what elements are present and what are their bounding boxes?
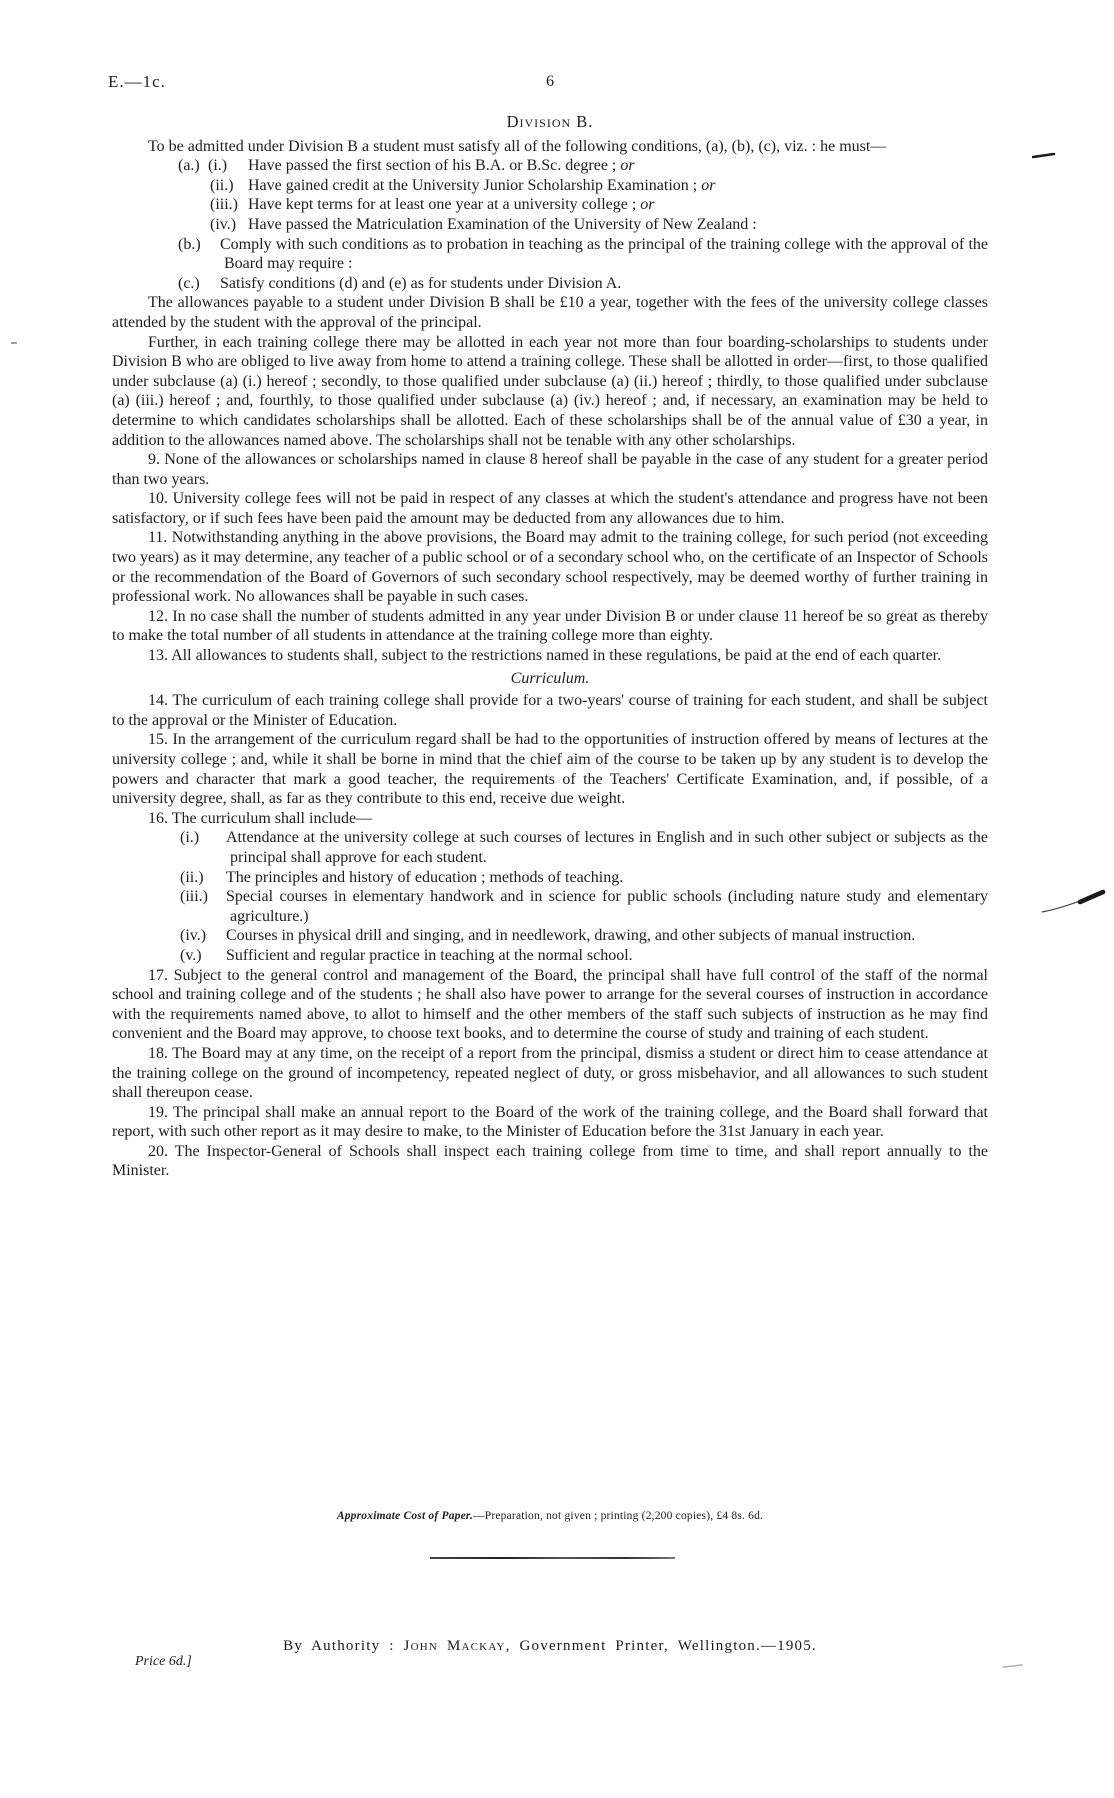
document-body: Division B.To be admitted under Division… bbox=[112, 112, 988, 1181]
item-marker: (b.) bbox=[178, 235, 220, 255]
paragraph: 10. University college fees will not be … bbox=[112, 489, 988, 528]
item-marker: (ii.) bbox=[180, 868, 226, 888]
item-marker: (ii.) bbox=[210, 176, 248, 196]
list-item: (iii.)Special courses in elementary hand… bbox=[112, 887, 988, 926]
section-heading: Division B. bbox=[112, 112, 988, 132]
paragraph: 19. The principal shall make an annual r… bbox=[112, 1103, 988, 1142]
imprint-suffix: , Government Printer, Wellington.—1905. bbox=[506, 1638, 817, 1654]
paragraph: To be admitted under Division B a studen… bbox=[112, 137, 988, 157]
page-number: 6 bbox=[112, 72, 988, 92]
item-marker: (i.) bbox=[180, 828, 226, 848]
scanned-document-page: E.—1c. 6 Division B.To be admitted under… bbox=[0, 0, 1114, 1798]
item-text: 18. The Board may at any time, on the re… bbox=[112, 1045, 988, 1101]
text-block: E.—1c. 6 Division B.To be admitted under… bbox=[112, 72, 988, 1181]
paragraph: 16. The curriculum shall include— bbox=[112, 809, 988, 829]
item-text: 19. The principal shall make an annual r… bbox=[112, 1104, 988, 1141]
list-item: (v.)Sufficient and regular practice in t… bbox=[112, 946, 988, 966]
item-tail: or bbox=[620, 157, 634, 174]
paragraph: 11. Notwithstanding anything in the abov… bbox=[112, 528, 988, 606]
item-text: The allowances payable to a student unde… bbox=[112, 294, 988, 331]
item-text: 16. The curriculum shall include— bbox=[148, 810, 372, 827]
item-text: 12. In no case shall the number of stude… bbox=[112, 608, 988, 645]
item-text: 13. All allowances to students shall, su… bbox=[148, 647, 941, 664]
item-marker: (c.) bbox=[178, 274, 220, 294]
item-text: Have passed the Matriculation Examinatio… bbox=[248, 216, 757, 233]
paragraph: 15. In the arrangement of the curriculum… bbox=[112, 730, 988, 808]
item-text: Have gained credit at the University Jun… bbox=[248, 177, 701, 194]
item-text: The principles and history of education … bbox=[226, 869, 623, 886]
item-tail: or bbox=[640, 196, 654, 213]
pen-dash-small-icon bbox=[1002, 1662, 1024, 1670]
ink-speck-icon bbox=[10, 341, 18, 345]
paragraph: 13. All allowances to students shall, su… bbox=[112, 646, 988, 666]
printer-name: John Mackay bbox=[404, 1638, 506, 1654]
item-text: To be admitted under Division B a studen… bbox=[148, 138, 886, 155]
item-text: Attendance at the university college at … bbox=[226, 829, 988, 866]
pen-swoosh-icon bbox=[1040, 888, 1108, 916]
item-marker: (v.) bbox=[180, 946, 226, 966]
item-text: 9. None of the allowances or scholarship… bbox=[112, 451, 988, 488]
list-item: (i.)Attendance at the university college… bbox=[112, 828, 988, 867]
paragraph: 20. The Inspector-General of Schools sha… bbox=[112, 1142, 988, 1181]
item-text: 17. Subject to the general control and m… bbox=[112, 967, 988, 1043]
item-marker: (iv.) bbox=[180, 926, 226, 946]
list-item: (ii.)The principles and history of educa… bbox=[112, 868, 988, 888]
pen-dash-icon bbox=[1032, 150, 1056, 160]
paragraph: 9. None of the allowances or scholarship… bbox=[112, 450, 988, 489]
paragraph: 17. Subject to the general control and m… bbox=[112, 966, 988, 1044]
list-item: (b.)Comply with such conditions as to pr… bbox=[112, 235, 988, 274]
item-text: Sufficient and regular practice in teach… bbox=[226, 947, 633, 964]
item-text: Further, in each training college there … bbox=[112, 334, 988, 449]
item-text: 14. The curriculum of each training coll… bbox=[112, 692, 988, 729]
list-item: (iv.)Have passed the Matriculation Exami… bbox=[112, 215, 988, 235]
imprint-line: By Authority : John Mackay, Government P… bbox=[112, 1638, 988, 1655]
item-text: 11. Notwithstanding anything in the abov… bbox=[112, 529, 988, 605]
item-text: Satisfy conditions (d) and (e) as for st… bbox=[220, 275, 621, 292]
list-item: (a.)(i.)Have passed the first section of… bbox=[112, 156, 988, 176]
paragraph: 18. The Board may at any time, on the re… bbox=[112, 1044, 988, 1103]
item-marker: (i.) bbox=[208, 156, 248, 176]
item-text: 10. University college fees will not be … bbox=[112, 490, 988, 527]
paragraph: 12. In no case shall the number of stude… bbox=[112, 607, 988, 646]
paragraph: The allowances payable to a student unde… bbox=[112, 293, 988, 332]
section-heading: Curriculum. bbox=[112, 669, 988, 689]
item-marker: (iii.) bbox=[180, 887, 226, 907]
cost-note-lead: Approximate Cost of Paper. bbox=[337, 1510, 473, 1522]
imprint-prefix: By Authority : bbox=[283, 1638, 403, 1654]
running-head: E.—1c. 6 bbox=[112, 72, 988, 98]
item-text: 20. The Inspector-General of Schools sha… bbox=[112, 1143, 988, 1180]
footer-rule bbox=[430, 1557, 675, 1559]
list-item: (iii.)Have kept terms for at least one y… bbox=[112, 195, 988, 215]
list-item: (c.)Satisfy conditions (d) and (e) as fo… bbox=[112, 274, 988, 294]
item-text: Have passed the first section of his B.A… bbox=[248, 157, 620, 174]
item-text: Special courses in elementary handwork a… bbox=[226, 888, 988, 925]
item-marker: (a.) bbox=[178, 156, 208, 176]
item-marker: (iii.) bbox=[210, 195, 248, 215]
item-tail: or bbox=[701, 177, 715, 194]
list-item: (iv.)Courses in physical drill and singi… bbox=[112, 926, 988, 946]
cost-of-paper-note: Approximate Cost of Paper.—Preparation, … bbox=[112, 1510, 988, 1522]
item-text: Comply with such conditions as to probat… bbox=[220, 236, 988, 273]
paragraph: Further, in each training college there … bbox=[112, 333, 988, 451]
price-note: Price 6d.] bbox=[135, 1654, 192, 1670]
list-item: (ii.)Have gained credit at the Universit… bbox=[112, 176, 988, 196]
item-text: 15. In the arrangement of the curriculum… bbox=[112, 731, 988, 807]
cost-note-rest: —Preparation, not given ; printing (2,20… bbox=[473, 1510, 763, 1522]
item-text: Have kept terms for at least one year at… bbox=[248, 196, 640, 213]
paragraph: 14. The curriculum of each training coll… bbox=[112, 691, 988, 730]
item-marker: (iv.) bbox=[210, 215, 248, 235]
item-text: Courses in physical drill and singing, a… bbox=[226, 927, 915, 944]
